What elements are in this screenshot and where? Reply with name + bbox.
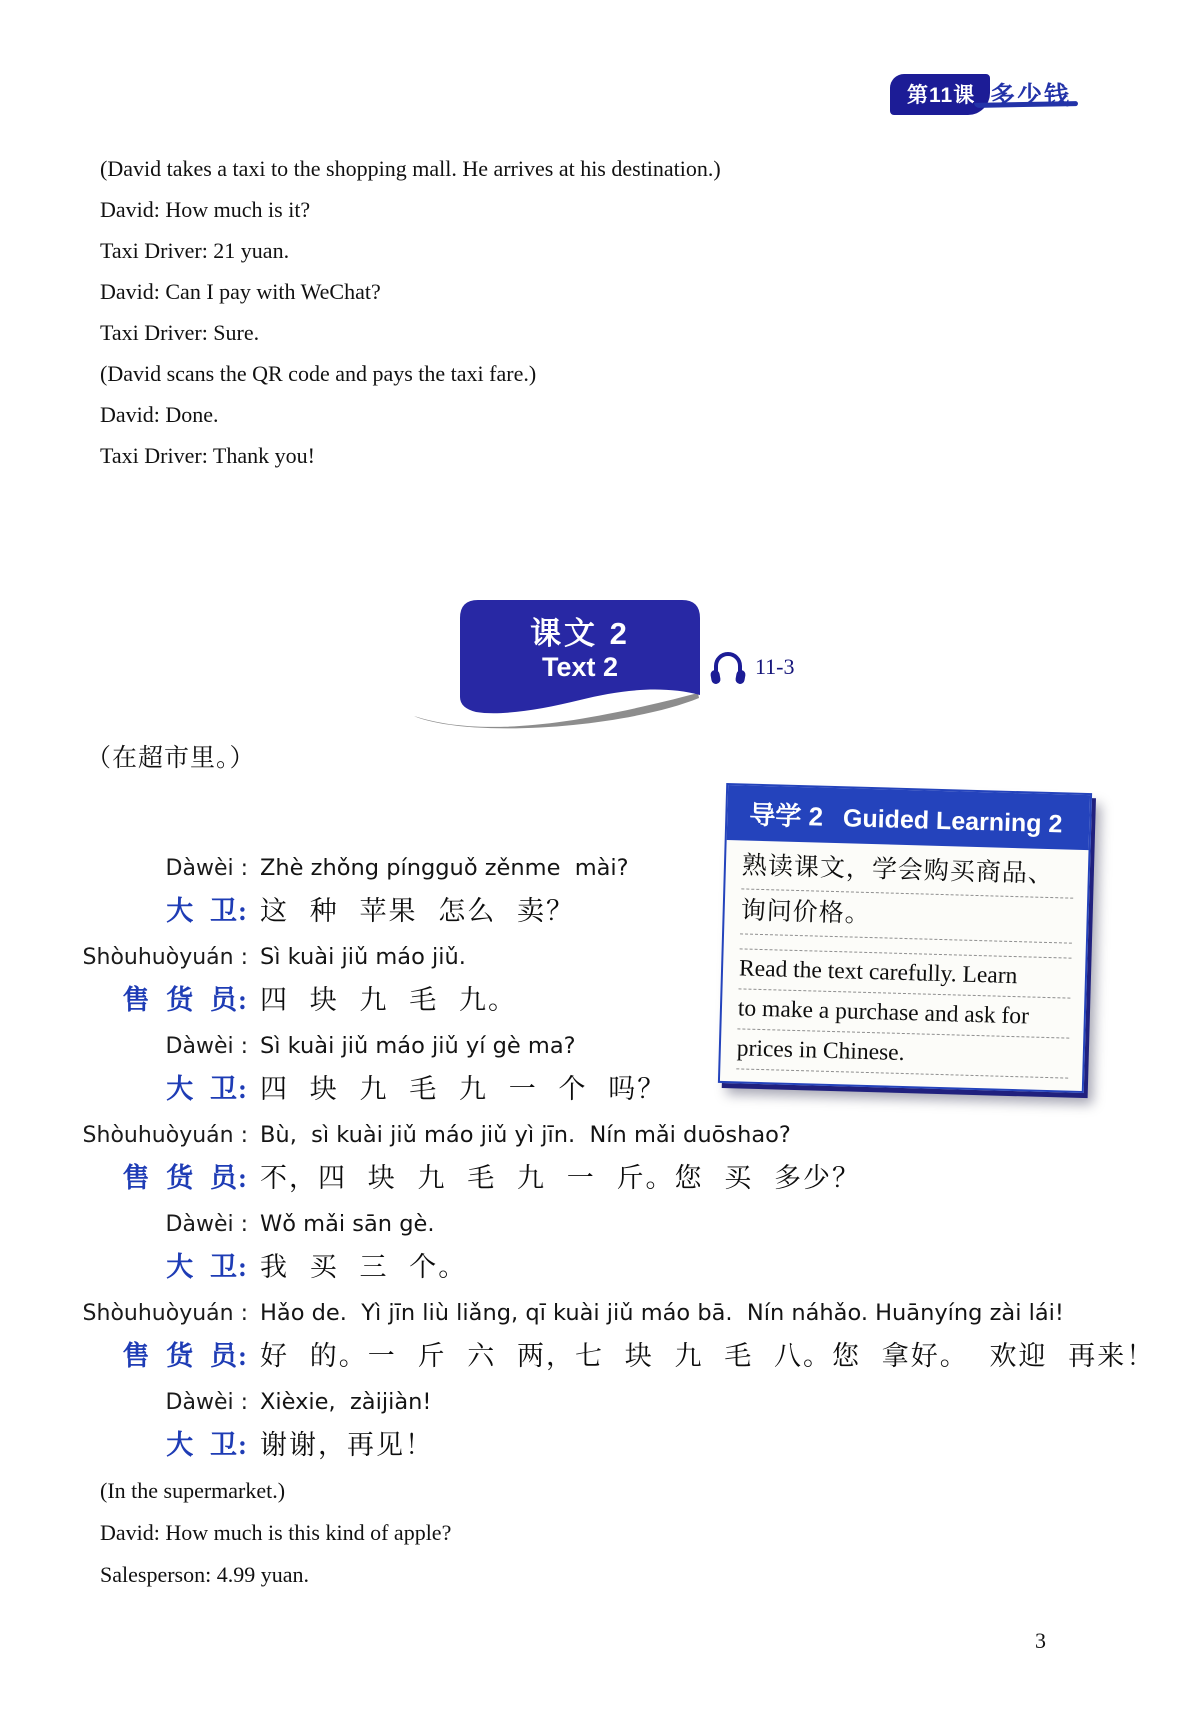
supermarket-dialogue-line: Salesperson: 4.99 yuan. (100, 1554, 451, 1596)
taxi-dialogue-block: (David takes a taxi to the shopping mall… (100, 148, 721, 476)
dialogue-turn: Shòuhuòyuán : Bù, sì kuài jiǔ máo jiǔ yì… (58, 1115, 1153, 1195)
dialogue-turn: Dàwèi : Zhè zhǒng píngguǒ zěnme mài? 大 卫… (58, 848, 1153, 928)
guided-learning-header: 导学 2 Guided Learning 2 (727, 785, 1090, 850)
taxi-dialogue-line: Taxi Driver: Thank you! (100, 435, 721, 476)
speaker-hanzi: 大 卫: (58, 1245, 260, 1284)
hanzi-row: 大 卫: 谢谢，再见！ (58, 1422, 1153, 1462)
speaker-pinyin: Dàwèi : (58, 1390, 260, 1415)
hanzi-row: 售 货 员: 四 块 九 毛 九。 (58, 977, 1153, 1017)
hanzi-row: 售 货 员: 好 的。一 斤 六 两，七 块 九 毛 八。您 拿好。 欢迎 再来… (58, 1333, 1153, 1373)
pinyin-row: Shòuhuòyuán : Bù, sì kuài jiǔ máo jiǔ yì… (58, 1115, 1153, 1155)
line-hanzi: 不，四 块 九 毛 九 一 斤。您 买 多少？ (260, 1156, 861, 1195)
line-hanzi: 四 块 九 毛 九。 (260, 978, 517, 1017)
text2-dialogue: Dàwèi : Zhè zhǒng píngguǒ zěnme mài? 大 卫… (58, 848, 1153, 1471)
line-hanzi: 四 块 九 毛 九 一 个 吗？ (260, 1067, 666, 1106)
speaker-pinyin: Dàwèi : (58, 1034, 260, 1059)
pinyin-row: Dàwèi : Xièxie, zàijiàn! (58, 1382, 1153, 1422)
headphone-icon (708, 646, 748, 688)
speaker-hanzi: 大 卫: (58, 1067, 260, 1106)
line-pinyin: Bù, sì kuài jiǔ máo jiǔ yì jīn. Nín mǎi … (260, 1122, 791, 1148)
lesson-number-badge: 第11课 (890, 74, 990, 115)
line-pinyin: Wǒ mǎi sān gè. (260, 1211, 434, 1237)
taxi-dialogue-line: Taxi Driver: 21 yuan. (100, 230, 721, 271)
line-hanzi: 我 买 三 个。 (260, 1245, 467, 1284)
dialogue-turn: Shòuhuòyuán : Hǎo de. Yì jīn liù liǎng, … (58, 1293, 1153, 1373)
line-pinyin: Xièxie, zàijiàn! (260, 1389, 431, 1415)
line-pinyin: Sì kuài jiǔ máo jiǔ. (260, 944, 466, 970)
taxi-dialogue-line: David: How much is it? (100, 189, 721, 230)
taxi-dialogue-line: (David scans the QR code and pays the ta… (100, 353, 721, 394)
dialogue-turn: Dàwèi : Sì kuài jiǔ máo jiǔ yí gè ma? 大 … (58, 1026, 1153, 1106)
textbook-page: 第11课 多少钱 (David takes a taxi to the shop… (0, 0, 1200, 1721)
line-hanzi: 这 种 苹果 怎么 卖？ (260, 889, 575, 928)
taxi-dialogue-line: David: Can I pay with WeChat? (100, 271, 721, 312)
hanzi-row: 大 卫: 我 买 三 个。 (58, 1244, 1153, 1284)
speaker-hanzi: 售 货 员: (58, 1156, 260, 1195)
audio-track-number: 11-3 (755, 654, 795, 680)
speaker-hanzi: 大 卫: (58, 1423, 260, 1462)
speaker-pinyin: Dàwèi : (58, 856, 260, 881)
supermarket-dialogue-line: (In the supermarket.) (100, 1470, 451, 1512)
banner-title-zh: 课文 2 (460, 608, 700, 653)
supermarket-dialogue-block: (In the supermarket.) David: How much is… (100, 1470, 451, 1596)
pinyin-row: Shòuhuòyuán : Sì kuài jiǔ máo jiǔ. (58, 937, 1153, 977)
taxi-dialogue-line: David: Done. (100, 394, 721, 435)
hanzi-row: 大 卫: 这 种 苹果 怎么 卖？ (58, 888, 1153, 928)
line-pinyin: Zhè zhǒng píngguǒ zěnme mài? (260, 855, 629, 881)
line-hanzi: 谢谢，再见！ (260, 1423, 434, 1462)
audio-track: 11-3 (708, 646, 795, 688)
scene-note: （在超市里。） (86, 738, 256, 774)
pinyin-row: Dàwèi : Wǒ mǎi sān gè. (58, 1204, 1153, 1244)
speaker-hanzi: 大 卫: (58, 889, 260, 928)
pinyin-row: Shòuhuòyuán : Hǎo de. Yì jīn liù liǎng, … (58, 1293, 1153, 1333)
supermarket-dialogue-line: David: How much is this kind of apple? (100, 1512, 451, 1554)
line-pinyin: Hǎo de. Yì jīn liù liǎng, qī kuài jiǔ má… (260, 1300, 1064, 1326)
line-pinyin: Sì kuài jiǔ máo jiǔ yí gè ma? (260, 1033, 576, 1059)
hanzi-row: 售 货 员: 不，四 块 九 毛 九 一 斤。您 买 多少？ (58, 1155, 1153, 1195)
dialogue-turn: Dàwèi : Wǒ mǎi sān gè. 大 卫: 我 买 三 个。 (58, 1204, 1153, 1284)
banner-title-en: Text 2 (460, 652, 700, 683)
guided-learning-title-zh: 导学 2 (749, 795, 824, 834)
taxi-dialogue-line: (David takes a taxi to the shopping mall… (100, 148, 721, 189)
dialogue-turn: Dàwèi : Xièxie, zàijiàn! 大 卫: 谢谢，再见！ (58, 1382, 1153, 1462)
pinyin-row: Dàwèi : Sì kuài jiǔ máo jiǔ yí gè ma? (58, 1026, 1153, 1066)
speaker-hanzi: 售 货 员: (58, 978, 260, 1017)
pinyin-row: Dàwèi : Zhè zhǒng píngguǒ zěnme mài? (58, 848, 1153, 888)
line-hanzi: 好 的。一 斤 六 两，七 块 九 毛 八。您 拿好。 欢迎 再来！ (260, 1334, 1155, 1373)
speaker-pinyin: Shòuhuòyuán : (58, 1301, 260, 1326)
taxi-dialogue-line: Taxi Driver: Sure. (100, 312, 721, 353)
speaker-pinyin: Dàwèi : (58, 1212, 260, 1237)
speaker-pinyin: Shòuhuòyuán : (58, 945, 260, 970)
dialogue-turn: Shòuhuòyuán : Sì kuài jiǔ máo jiǔ. 售 货 员… (58, 937, 1153, 1017)
speaker-pinyin: Shòuhuòyuán : (58, 1123, 260, 1148)
hanzi-row: 大 卫: 四 块 九 毛 九 一 个 吗？ (58, 1066, 1153, 1106)
guided-learning-title-en: Guided Learning 2 (843, 804, 1063, 839)
speaker-hanzi: 售 货 员: (58, 1334, 260, 1373)
page-number: 3 (1035, 1628, 1046, 1654)
